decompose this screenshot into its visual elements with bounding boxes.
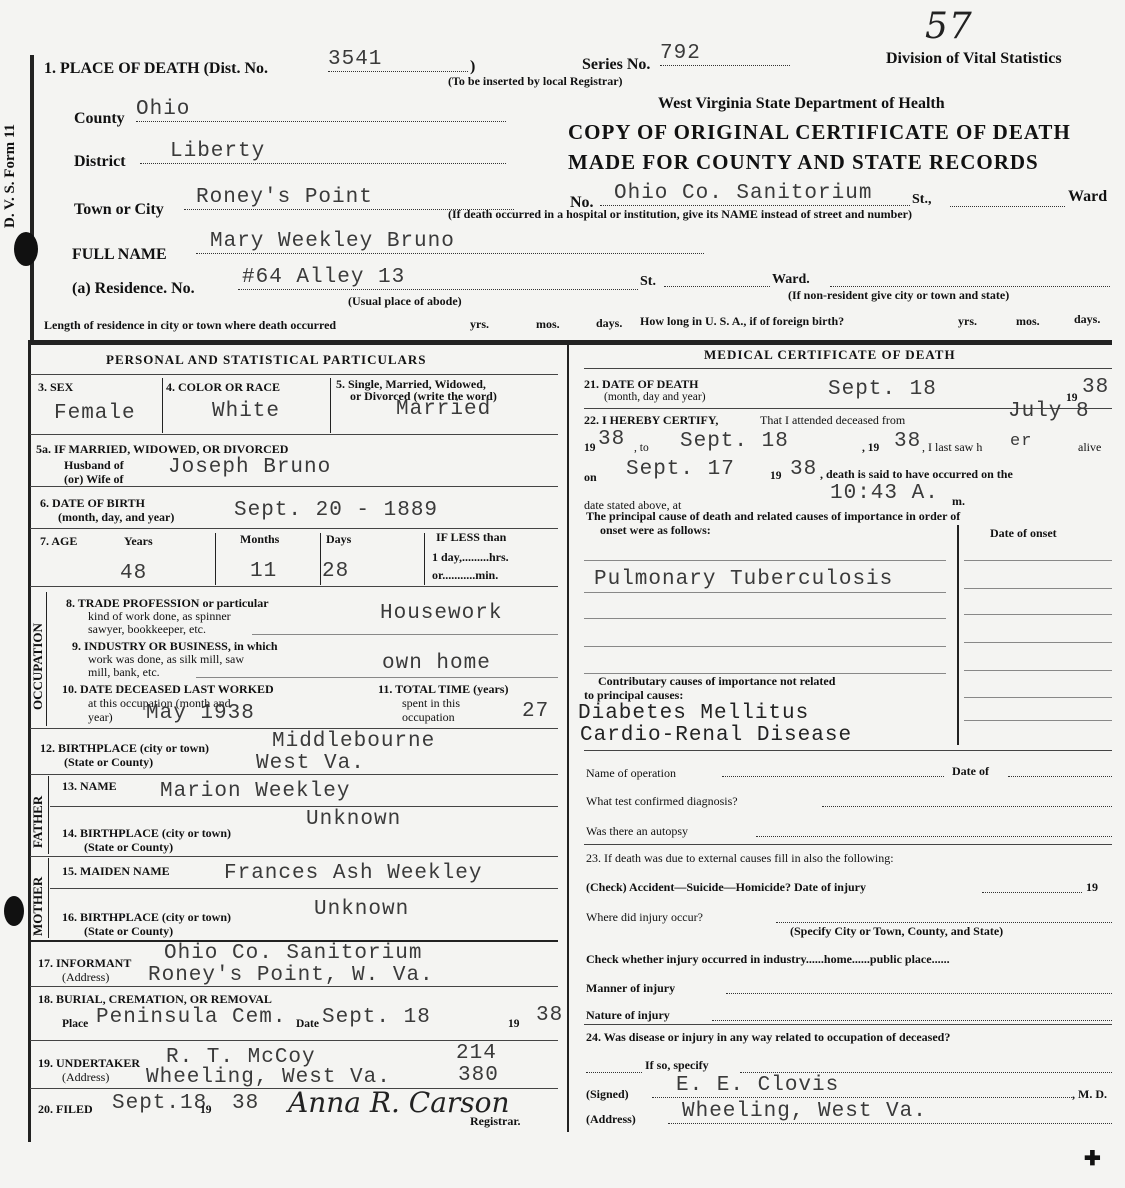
burial-place-label: Place xyxy=(62,1018,88,1030)
undertaker-address-label: (Address) xyxy=(62,1070,109,1085)
rule xyxy=(30,1040,558,1041)
institution-field[interactable]: Ohio Co. Sanitorium xyxy=(600,182,910,206)
rule xyxy=(584,844,1112,845)
rule xyxy=(215,533,216,585)
rule xyxy=(46,592,47,726)
cause-line xyxy=(584,560,946,561)
dist-note: (To be inserted by local Registrar) xyxy=(448,74,623,89)
race-label: 4. COLOR OR RACE xyxy=(166,380,280,395)
last-worked-label-3: year) xyxy=(88,710,113,725)
rule xyxy=(50,806,558,807)
rule xyxy=(330,378,331,433)
rule xyxy=(584,368,1112,369)
birthplace-city-field[interactable]: Middlebourne xyxy=(272,730,435,753)
residence-field[interactable]: #64 Alley 13 xyxy=(238,266,638,290)
onset-line xyxy=(964,560,1112,561)
diagnosis-test-field[interactable] xyxy=(822,798,1112,807)
place-of-death-label: 1. PLACE OF DEATH (Dist. No. xyxy=(44,60,268,78)
punch-hole xyxy=(4,896,24,926)
seen-year-field[interactable]: 38 xyxy=(790,458,817,481)
mother-birthplace-field[interactable]: Unknown xyxy=(314,898,409,921)
rule xyxy=(30,586,558,587)
full-name-field[interactable]: Mary Weekley Bruno xyxy=(196,230,704,254)
age-years-label: Years xyxy=(124,534,153,549)
undertaker-num2-field[interactable]: 380 xyxy=(458,1064,499,1087)
informant-address-field[interactable]: Roney's Point, W. Va. xyxy=(148,964,434,987)
less-than-label: IF LESS than xyxy=(436,530,506,545)
foreign-birth-label: How long in U. S. A., if of foreign birt… xyxy=(640,314,844,329)
diagnosis-test-label: What test confirmed diagnosis? xyxy=(586,794,738,809)
spouse-label-husband: Husband of xyxy=(64,458,124,473)
medical-section-title: MEDICAL CERTIFICATE OF DEATH xyxy=(704,347,956,363)
to-year-prefix: , 19 xyxy=(862,442,879,454)
rule xyxy=(424,533,425,585)
on-label: on xyxy=(584,470,597,485)
sex-field[interactable]: Female xyxy=(54,402,136,425)
dob-sub-label: (month, day, and year) xyxy=(58,510,174,525)
filed-date-field[interactable]: Sept.18 xyxy=(112,1092,207,1115)
rule xyxy=(30,986,558,987)
from-year-field[interactable]: 38 xyxy=(598,428,625,451)
series-label: Series No. xyxy=(582,56,650,74)
residence-label: (a) Residence. No. xyxy=(72,280,195,298)
to-year-field[interactable]: 38 xyxy=(894,430,921,453)
length-residence-label: Length of residence in city or town wher… xyxy=(44,318,336,333)
county-field[interactable]: Ohio xyxy=(136,98,506,122)
dod-year-field[interactable]: 38 xyxy=(1082,376,1109,399)
rule xyxy=(48,858,49,938)
race-field[interactable]: White xyxy=(212,400,280,423)
mother-birthplace-state-label: (State or County) xyxy=(84,924,173,939)
principal-cause-field[interactable]: Pulmonary Tuberculosis xyxy=(594,568,893,591)
birthplace-label: 12. BIRTHPLACE (city or town) xyxy=(40,741,209,756)
onset-line xyxy=(964,614,1112,615)
onset-line xyxy=(964,670,1112,671)
certify-label: 22. I HEREBY CERTIFY, xyxy=(584,413,718,428)
physician-address-label: (Address) xyxy=(586,1112,636,1127)
rule xyxy=(50,888,558,889)
last-saw-label: , I last saw h xyxy=(922,440,982,455)
injury-date-field[interactable] xyxy=(982,884,1082,893)
total-time-field[interactable]: 27 xyxy=(522,700,549,723)
father-name-field[interactable]: Marion Weekley xyxy=(160,780,350,803)
industry-field[interactable]: own home xyxy=(382,652,491,675)
rule xyxy=(162,378,163,433)
operation-date-label: Date of xyxy=(952,764,989,779)
physician-address-field[interactable]: Wheeling, West Va. xyxy=(668,1100,1112,1124)
nonresident-note: (If non-resident give city or town and s… xyxy=(788,288,1009,303)
last-saw-pronoun-field[interactable]: er xyxy=(1010,432,1032,451)
informant-address-label: (Address) xyxy=(62,970,109,985)
contributary-label: Contributary causes of importance not re… xyxy=(598,674,835,689)
cross-mark-icon: ✚ xyxy=(1084,1146,1101,1171)
length-days-label: days. xyxy=(596,316,622,331)
mother-name-field[interactable]: Frances Ash Weekley xyxy=(224,862,482,885)
nature-label: Nature of injury xyxy=(586,1008,670,1023)
physician-signature-field[interactable]: E. E. Clovis xyxy=(652,1074,1072,1098)
injury-place-check[interactable]: Check whether injury occurred in industr… xyxy=(586,952,950,967)
rule xyxy=(30,486,558,487)
department-label: West Virginia State Department of Health xyxy=(658,95,945,113)
handwritten-number: 57 xyxy=(925,6,973,47)
onset-line xyxy=(964,588,1112,589)
residence-st-field[interactable] xyxy=(664,278,770,287)
manner-field[interactable] xyxy=(726,985,1112,994)
cause-intro: The principal cause of death and related… xyxy=(586,509,960,524)
operation-date-field[interactable] xyxy=(1008,768,1112,777)
filed-label: 20. FILED xyxy=(38,1102,93,1117)
foreign-yrs-label: yrs. xyxy=(958,314,977,329)
dob-label: 6. DATE OF BIRTH xyxy=(40,496,145,511)
onset-divider xyxy=(957,525,959,745)
filed-year-prefix: 19 xyxy=(200,1104,212,1116)
rule xyxy=(30,856,558,857)
form-id-label: D. V. S. Form 11 xyxy=(2,124,19,228)
spouse-field[interactable]: Joseph Bruno xyxy=(168,456,331,479)
burial-date-label: Date xyxy=(296,1018,319,1030)
signed-label: (Signed) xyxy=(586,1087,629,1102)
age-days-label: Days xyxy=(326,532,351,547)
onset-line xyxy=(964,720,1112,721)
father-birthplace-field[interactable]: Unknown xyxy=(306,808,401,831)
rule xyxy=(196,677,558,678)
main-divider xyxy=(28,340,1112,345)
foreign-days-label: days. xyxy=(1074,312,1100,327)
dod-label: 21. DATE OF DEATH xyxy=(584,377,698,392)
series-no-field[interactable]: 792 xyxy=(660,42,790,66)
institution-st-label: St., xyxy=(912,192,931,208)
father-birthplace-label: 14. BIRTHPLACE (city or town) xyxy=(62,826,231,841)
alive-label: alive xyxy=(1078,440,1101,455)
filed-year-field[interactable]: 38 xyxy=(232,1092,259,1115)
age-years-field[interactable]: 48 xyxy=(120,562,147,585)
rule xyxy=(30,774,558,775)
age-label: 7. AGE xyxy=(40,534,77,549)
rule xyxy=(48,776,49,854)
occupation-side-label: OCCUPATION xyxy=(30,623,46,710)
occupation-related-field[interactable] xyxy=(586,1064,642,1073)
if-so-label: If so, specify xyxy=(645,1058,709,1073)
manner-label: Manner of injury xyxy=(586,981,675,996)
undertaker-label: 19. UNDERTAKER xyxy=(38,1056,140,1071)
punch-hole xyxy=(14,232,38,266)
industry-label-3: mill, bank, etc. xyxy=(88,665,160,680)
date-of-onset-label: Date of onset xyxy=(990,526,1057,541)
rule xyxy=(320,533,321,585)
external-causes-label: 23. If death was due to external causes … xyxy=(586,851,894,866)
birthplace-state-field[interactable]: West Va. xyxy=(256,752,365,775)
rule xyxy=(584,750,1112,751)
onset-line xyxy=(964,697,1112,698)
nonresident-field[interactable] xyxy=(830,278,1110,287)
last-worked-label: 10. DATE DECEASED LAST WORKED xyxy=(62,682,274,697)
length-mos-label: mos. xyxy=(536,317,560,332)
if-so-field[interactable] xyxy=(740,1064,1112,1073)
cause-intro-2: onset were as follows: xyxy=(600,523,711,538)
m-label: m. xyxy=(952,494,965,509)
informant-field[interactable]: Ohio Co. Sanitorium xyxy=(164,942,422,965)
less-min-label: or...........min. xyxy=(432,568,498,583)
center-frame xyxy=(567,342,569,1132)
ward-field[interactable] xyxy=(950,196,1065,207)
spouse-label: 5a. IF MARRIED, WIDOWED, OR DIVORCED xyxy=(36,442,288,457)
attended-from-field[interactable]: July 8 xyxy=(1008,400,1090,423)
last-worked-field[interactable]: May 1938 xyxy=(146,702,255,725)
mother-name-label: 15. MAIDEN NAME xyxy=(62,864,170,879)
town-label: Town or City xyxy=(74,201,164,219)
ward-label: Ward xyxy=(1068,188,1107,206)
injury-location-note: (Specify City or Town, County, and State… xyxy=(790,924,1003,939)
time-of-death-field[interactable]: 10:43 A. xyxy=(830,482,939,505)
onset-line xyxy=(964,642,1112,643)
certify-text: That I attended deceased from xyxy=(760,413,905,428)
injury-year-prefix: 19 xyxy=(1086,880,1098,895)
mother-birthplace-label: 16. BIRTHPLACE (city or town) xyxy=(62,910,231,925)
age-days-field[interactable]: 28 xyxy=(322,560,349,583)
division-label: Division of Vital Statistics xyxy=(886,50,1062,68)
undertaker-num-field[interactable]: 214 xyxy=(456,1042,497,1065)
left-frame xyxy=(28,342,31,1142)
operation-field[interactable] xyxy=(722,768,944,777)
rule xyxy=(584,1024,1112,1025)
accident-check-label: (Check) Accident—Suicide—Homicide? Date … xyxy=(586,880,866,895)
district-field[interactable]: Liberty xyxy=(140,140,506,164)
district-label: District xyxy=(74,153,126,171)
personal-section-title: PERSONAL AND STATISTICAL PARTICULARS xyxy=(106,352,427,368)
operation-label: Name of operation xyxy=(586,766,676,781)
contributary-cause-1-field[interactable]: Diabetes Mellitus xyxy=(578,702,809,725)
full-name-label: FULL NAME xyxy=(72,246,167,264)
contributary-label-2: to principal causes: xyxy=(584,688,683,703)
cause-line xyxy=(584,646,946,647)
dist-no-field[interactable]: 3541 xyxy=(328,48,468,72)
county-label: County xyxy=(74,110,125,128)
cause-line xyxy=(584,618,946,619)
autopsy-field[interactable] xyxy=(756,828,1112,837)
last-seen-field[interactable]: Sept. 17 xyxy=(626,458,735,481)
burial-label: 18. BURIAL, CREMATION, OR REMOVAL xyxy=(38,992,272,1007)
dod-field[interactable]: Sept. 18 xyxy=(828,378,937,401)
abode-note: (Usual place of abode) xyxy=(348,294,462,309)
birthplace-state-label: (State or County) xyxy=(64,755,153,770)
less-hrs-label: 1 day,.........hrs. xyxy=(432,550,509,565)
rule xyxy=(30,528,558,529)
rule xyxy=(30,728,558,729)
nature-field[interactable] xyxy=(712,1012,1112,1021)
age-months-label: Months xyxy=(240,532,279,547)
dob-field[interactable]: Sept. 20 - 1889 xyxy=(234,499,438,522)
length-yrs-label: yrs. xyxy=(470,317,489,332)
total-time-label: 11. TOTAL TIME (years) xyxy=(378,682,508,697)
institution-note: (If death occurred in a hospital or inst… xyxy=(448,207,912,222)
occurred-text: , death is said to have occurred on the xyxy=(820,467,1013,482)
informant-label: 17. INFORMANT xyxy=(38,956,131,971)
burial-date-field[interactable]: Sept. 18 xyxy=(322,1006,431,1029)
father-birthplace-state-label: (State or County) xyxy=(84,840,173,855)
residence-ward-label: Ward. xyxy=(772,272,810,288)
father-side-label: FATHER xyxy=(30,796,46,848)
certificate-title: COPY OF ORIGINAL CERTIFICATE OF DEATH xyxy=(568,120,1071,145)
certificate-subtitle: MADE FOR COUNTY AND STATE RECORDS xyxy=(568,150,1039,175)
mother-side-label: MOTHER xyxy=(30,877,46,936)
sex-label: 3. SEX xyxy=(38,380,73,395)
injury-location-label: Where did injury occur? xyxy=(586,910,703,925)
from-year-prefix: 19 xyxy=(584,442,596,454)
residence-st-label: St. xyxy=(640,274,656,290)
attended-to-field[interactable]: Sept. 18 xyxy=(680,430,789,453)
foreign-mos-label: mos. xyxy=(1016,314,1040,329)
total-time-label-2: spent in this xyxy=(402,696,460,711)
injury-location-field[interactable] xyxy=(776,914,1112,923)
contributary-cause-2-field[interactable]: Cardio-Renal Disease xyxy=(580,724,852,747)
spouse-label-wife: (or) Wife of xyxy=(64,472,124,487)
trade-field[interactable]: Housework xyxy=(380,602,502,625)
marital-field[interactable]: Married xyxy=(396,398,491,421)
rule xyxy=(30,434,558,435)
occupation-related-label: 24. Was disease or injury in any way rel… xyxy=(586,1030,950,1045)
to-label: , to xyxy=(634,442,649,454)
rule xyxy=(30,374,558,375)
autopsy-label: Was there an autopsy xyxy=(586,824,688,839)
cause-line xyxy=(584,592,946,593)
total-time-label-3: occupation xyxy=(402,710,455,725)
age-months-field[interactable]: 11 xyxy=(250,560,277,583)
father-name-label: 13. NAME xyxy=(62,779,117,794)
dod-sub-label: (month, day and year) xyxy=(604,391,706,403)
rule xyxy=(252,634,558,635)
left-margin-rule xyxy=(30,55,34,340)
trade-label-3: sawyer, bookkeeper, etc. xyxy=(88,622,206,637)
burial-place-field[interactable]: Peninsula Cem. xyxy=(96,1006,286,1029)
burial-year-prefix: 19 xyxy=(508,1018,520,1030)
seen-year-prefix: 19 xyxy=(770,470,782,482)
registrar-label: Registrar. xyxy=(470,1114,521,1129)
burial-year-field[interactable]: 38 xyxy=(536,1004,563,1027)
